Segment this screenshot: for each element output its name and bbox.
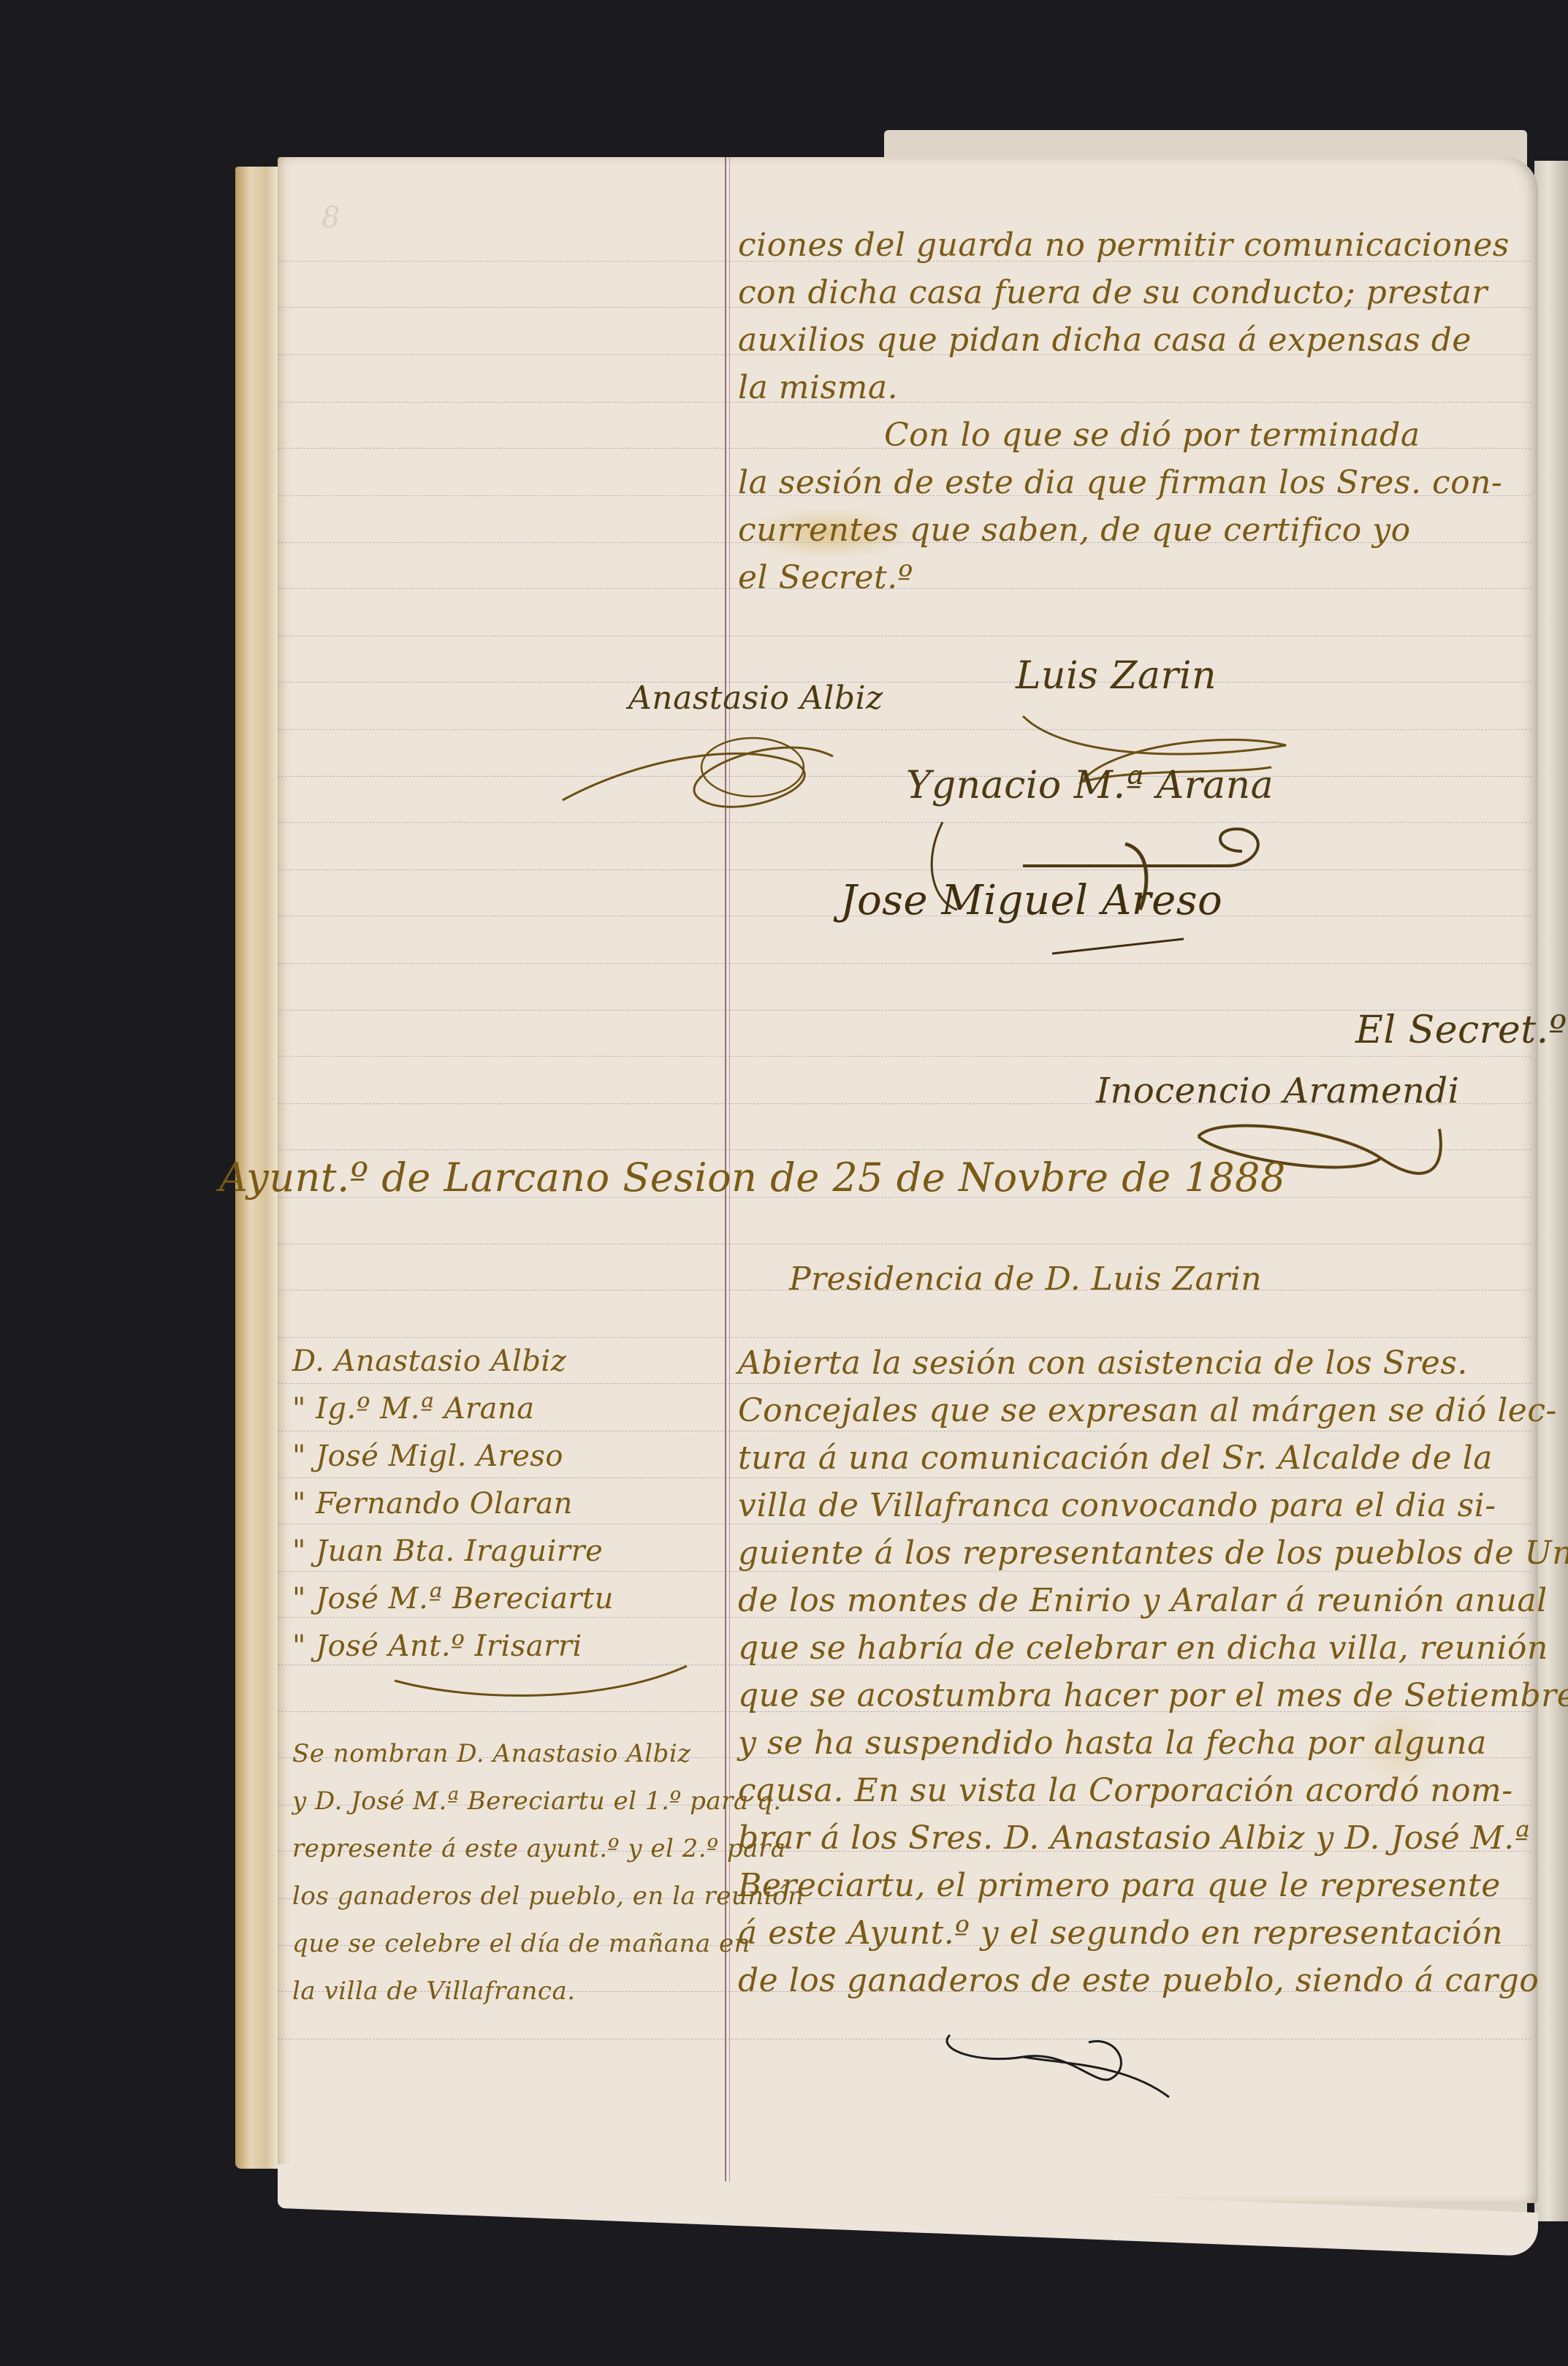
presidency-line: Presidencia de D. Luis Zarin: [789, 1260, 1262, 1298]
margin-note-line-1: Se nombran D. Anastasio Albiz: [292, 1739, 691, 1768]
signature-areso: Jose Miguel Areso: [840, 877, 1222, 924]
margin-note-line-3: represente á este ayunt.º y el 2.º para: [292, 1834, 785, 1863]
prev-line-7: currentes que saben, de que certifico yo: [738, 511, 1411, 549]
page-end-flourish: [935, 2028, 1184, 2101]
right-page-edges: [1534, 161, 1568, 2221]
signature-flourish-albiz: [555, 712, 862, 829]
attendee-5: " Juan Bta. Iraguirre: [292, 1534, 603, 1568]
secretary-title: El Secret.º: [1355, 1008, 1567, 1052]
body-line-12: Bereciartu, el primero para que le repre…: [738, 1867, 1501, 1904]
prev-line-1: ciones del guarda no permitir comunicaci…: [738, 227, 1510, 264]
body-line-2: Concejales que se expresan al márgen se …: [738, 1392, 1557, 1429]
signature-flourish-areso: [1045, 924, 1191, 968]
prev-line-4: la misma.: [738, 369, 898, 406]
secretary-signature: Inocencio Aramendi: [1096, 1070, 1460, 1111]
attendee-6: " José M.ª Bereciartu: [292, 1582, 614, 1616]
body-line-8: que se acostumbra hacer por el mes de Se…: [738, 1677, 1568, 1714]
bleed-through-text: 8: [321, 201, 340, 235]
body-line-6: de los montes de Enirio y Aralar á reuni…: [738, 1582, 1548, 1619]
prev-line-5: Con lo que se dió por terminada: [884, 416, 1420, 454]
prev-line-6: la sesión de este dia que firman los Sre…: [738, 464, 1502, 501]
body-line-4: villa de Villafranca convocando para el …: [738, 1487, 1496, 1524]
body-line-7: que se habría de celebrar en dicha villa…: [738, 1629, 1548, 1667]
signature-albiz: Anastasio Albiz: [628, 680, 883, 717]
body-line-3: tura á una comunicación del Sr. Alcalde …: [738, 1439, 1493, 1477]
session-heading: Ayunt.º de Larcano Sesion de 25 de Novbr…: [219, 1155, 1286, 1201]
margin-note-line-2: y D. José M.ª Bereciartu el 1.º para q.: [292, 1787, 782, 1816]
body-line-14: de los ganaderos de este pueblo, siendo …: [738, 1962, 1539, 1999]
body-line-5: guiente á los representantes de los pueb…: [738, 1534, 1568, 1572]
body-line-9: y se ha suspendido hasta la fecha por al…: [738, 1724, 1487, 1762]
attendee-3: " José Migl. Areso: [292, 1439, 563, 1473]
body-line-11: brar á los Sres. D. Anastasio Albiz y D.…: [738, 1819, 1530, 1857]
manuscript-page: 8 ciones del guarda no permitir comunica…: [278, 157, 1538, 2203]
margin-note-line-5: que se celebre el día de mañana en: [292, 1929, 750, 1958]
prev-line-3: auxilios que pidan dicha casa á expensas…: [738, 322, 1472, 359]
attendee-4: " Fernando Olaran: [292, 1487, 573, 1521]
prev-line-2: con dicha casa fuera de su conducto; pre…: [738, 274, 1488, 311]
prev-line-8: el Secret.º: [738, 559, 913, 596]
attendees-flourish: [387, 1659, 694, 1703]
body-line-13: á este Ayunt.º y el segundo en represent…: [738, 1914, 1503, 1952]
margin-note-line-6: la villa de Villafranca.: [292, 1977, 576, 2006]
body-line-1: Abierta la sesión con asistencia de los …: [738, 1344, 1468, 1382]
body-line-10: causa. En su vista la Corporación acordó…: [738, 1772, 1513, 1809]
signature-zarin: Luis Zarin: [1016, 654, 1217, 698]
signature-arana: Ygnacio M.ª Arana: [906, 764, 1274, 807]
attendee-2: " Ig.º M.ª Arana: [292, 1392, 535, 1426]
attendee-1: D. Anastasio Albiz: [292, 1344, 566, 1378]
margin-note-line-4: los ganaderos del pueblo, en la reunión: [292, 1882, 804, 1911]
